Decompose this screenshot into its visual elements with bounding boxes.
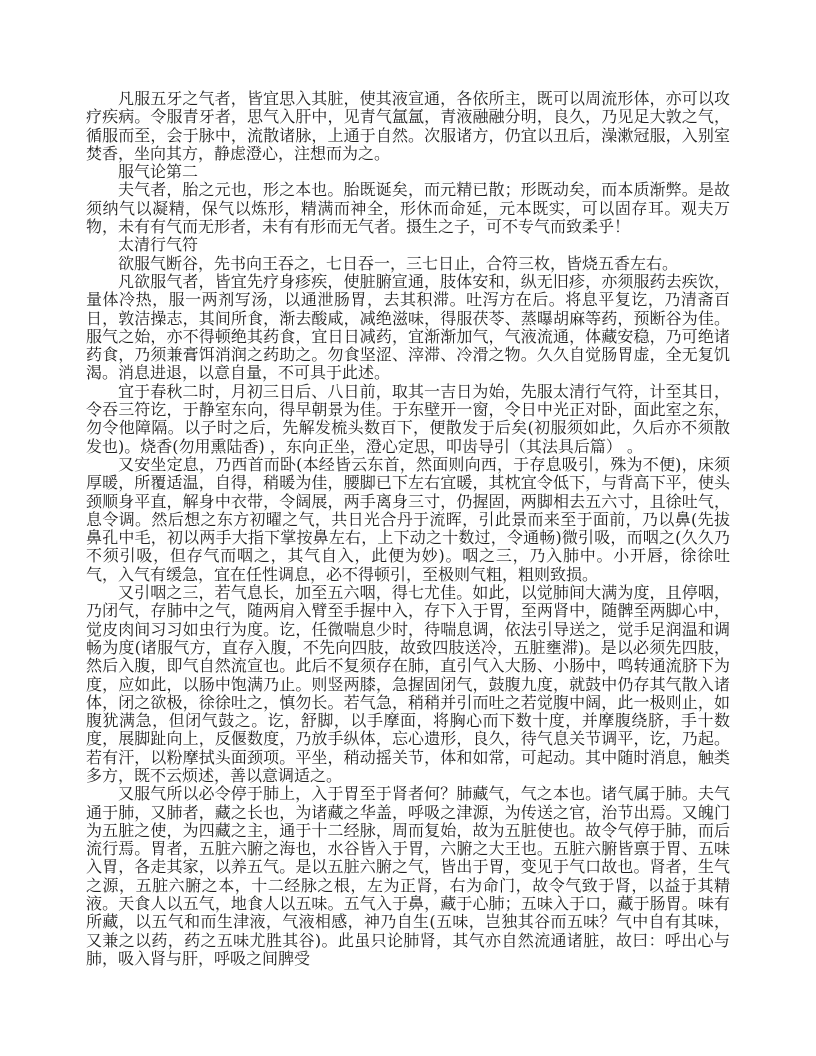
paragraph: 夫气者，胎之元也，形之本也。胎既诞矣，而元精已散；形既动矣，而本质渐弊。是故须纳… xyxy=(86,181,730,236)
paragraph: 又引咽之三，若气息长，加至五六咽，得七尤佳。如此，以觉肺间大满为度，且停咽，乃闭… xyxy=(86,584,730,785)
paragraph: 凡欲服气者，皆宜先疗身疹疾，使脏腑宣通，肢体安和，纵无旧疹，亦须服药去疾饮，量体… xyxy=(86,273,730,383)
paragraph: 凡服五牙之气者，皆宜思入其脏，使其液宣通，各依所主，既可以周流形体，亦可以攻疗疾… xyxy=(86,90,730,163)
paragraph: 又服气所以必令停于肺上，入于胃至于肾者何？肺藏气，气之本也。诸气属于肺。夫气通于… xyxy=(86,785,730,968)
document-page: 凡服五牙之气者，皆宜思入其脏，使其液宣通，各依所主，既可以周流形体，亦可以攻疗疾… xyxy=(0,0,816,1056)
paragraph: 又安坐定息，乃西首而卧(本经皆云东首，然面则向西，于存息吸引，殊为不便)，床须厚… xyxy=(86,456,730,584)
section-heading: 服气论第二 xyxy=(86,163,730,181)
paragraph: 欲服气断谷，先书向王吞之，七日吞一，三七日止，合符三枚，皆烧五香左右。 xyxy=(86,255,730,273)
document-text-block: 凡服五牙之气者，皆宜思入其脏，使其液宣通，各依所主，既可以周流形体，亦可以攻疗疾… xyxy=(86,90,730,968)
paragraph: 宜于春秋二时，月初三日后、八日前，取其一吉日为始，先服太清行气符，计至其日，令吞… xyxy=(86,383,730,456)
section-heading: 太清行气符 xyxy=(86,236,730,254)
